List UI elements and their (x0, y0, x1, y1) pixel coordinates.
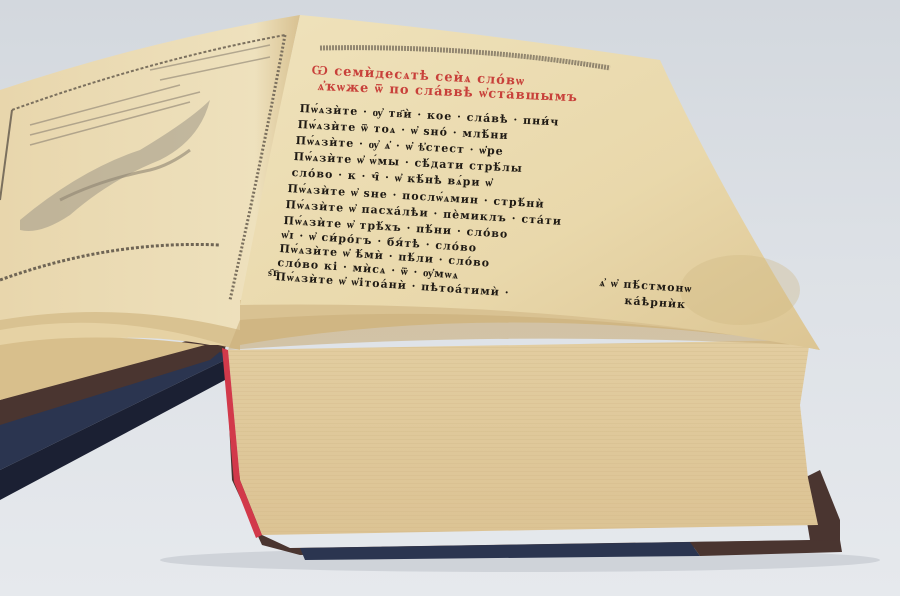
page-marker: ѕ҃г (268, 268, 280, 279)
photo-scene: Ѡ семѝдесѧтѣ сеѝѧ сло́вѡ ѧ҆ҡѡже ѿ по сла… (0, 0, 900, 596)
